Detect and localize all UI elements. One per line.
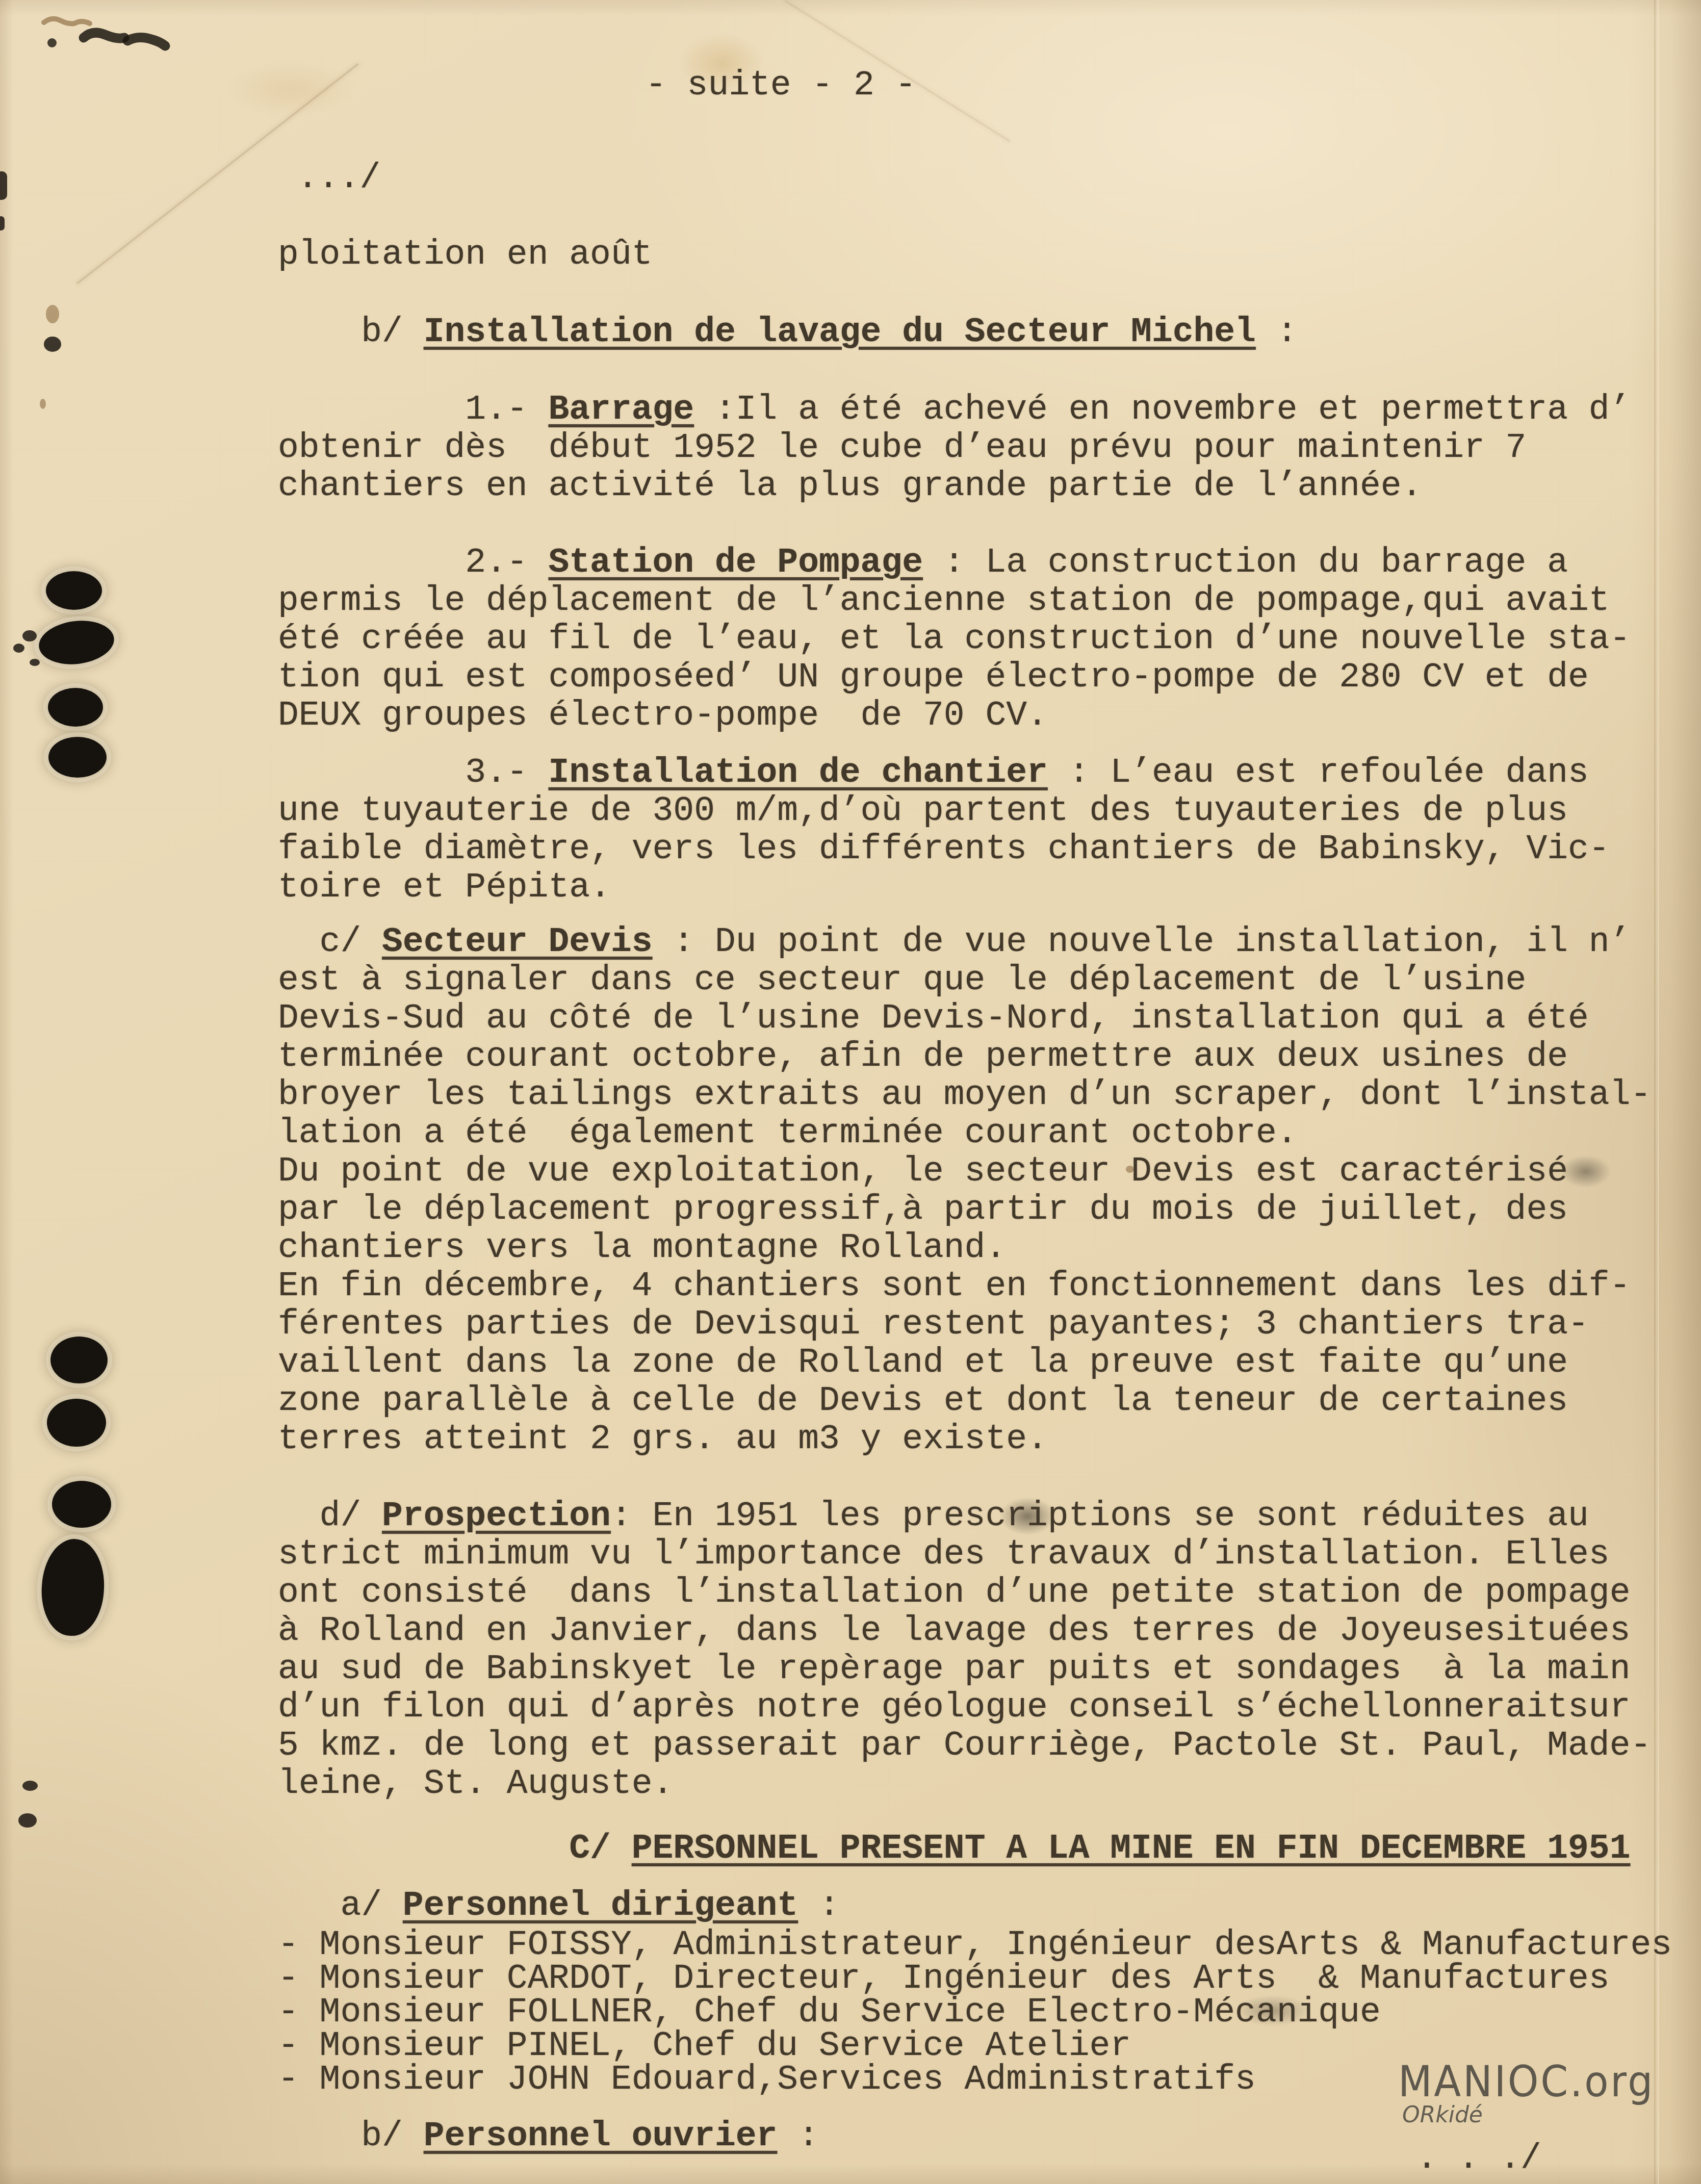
paper-speck (40, 399, 46, 409)
ink-blot (48, 737, 107, 778)
text-line: à Rolland en Janvier, dans le lavage des… (278, 1612, 1651, 1650)
subsection-b-heading: b/ Personnel ouvrier : (278, 2117, 819, 2155)
text-line: terminée courant octobre, afin de permet… (278, 1038, 1651, 1076)
section-c-heading: C/ PERSONNEL PRESENT A LA MINE EN FIN DE… (278, 1830, 1630, 1868)
line-text: 3.- (278, 753, 549, 792)
text-line: Devis-Sud au côté de l’usine Devis-Nord,… (278, 999, 1651, 1038)
subsection-a-heading: a/ Personnel dirigeant : (278, 1887, 840, 1925)
pen-scribble (37, 11, 190, 67)
text-line: Du point de vue exploitation, le secteur… (278, 1152, 1651, 1191)
line-text: C/ (278, 1829, 632, 1868)
text-line: b/ Personnel ouvrier : (278, 2117, 819, 2155)
list-item: - Monsieur FOISSY, Administrateur, Ingén… (278, 1929, 1672, 1962)
line-text: b/ (278, 2117, 424, 2156)
ink-speck (0, 171, 7, 200)
line-text: d/ (278, 1497, 382, 1536)
ink-blot (39, 1537, 107, 1637)
line-text: : La construction du barrage a (923, 543, 1568, 582)
underlined-text: Personnel dirigeant (403, 1886, 798, 1925)
text-line: toire et Pépita. (278, 868, 1610, 907)
ink-blot (47, 1399, 106, 1447)
section-b-heading: b/ Installation de lavage du Secteur Mic… (278, 313, 1298, 351)
text-line: strict minimum vu l’importance des trava… (278, 1535, 1651, 1574)
text-line: 5 kmz. de long et passerait par Courrièg… (278, 1727, 1651, 1765)
page-header-suite: - suite - 2 - (646, 66, 916, 105)
text-line: ont consisté dans l’installation d’une p… (278, 1574, 1651, 1612)
line-text: : (798, 1886, 840, 1925)
underlined-text: Station de Pompage (549, 543, 923, 582)
text-line: au sud de Babinskyet le repèrage par pui… (278, 1650, 1651, 1688)
text-line: 2.- Station de Pompage : La construction… (278, 544, 1630, 582)
text-line: par le déplacement progressif,à partir d… (278, 1191, 1651, 1229)
text-line: chantiers vers la montagne Rolland. (278, 1229, 1651, 1267)
ink-blot (36, 616, 116, 668)
ink-speck (18, 1813, 37, 1828)
manioc-watermark-subtitle: ORkidé (1402, 2104, 1483, 2126)
underlined-text: Installation de chantier (549, 753, 1048, 792)
paragraph-barrage: 1.- Barrage :Il a été achevé en novembre… (278, 391, 1630, 505)
paper-speck (46, 305, 59, 323)
text-line: obtenir dès début 1952 le cube d’eau pré… (278, 429, 1630, 467)
line-text: a/ (278, 1886, 403, 1925)
text-line: été créée au fil de l’eau, et la constru… (278, 620, 1630, 658)
underlined-text: Installation de lavage du Secteur Michel (424, 313, 1256, 352)
ink-speck (22, 1781, 38, 1791)
text-line: d’un filon qui d’après notre géologue co… (278, 1688, 1651, 1727)
text-line: 3.- Installation de chantier : L’eau est… (278, 754, 1610, 792)
text-line: permis le déplacement de l’ancienne stat… (278, 582, 1630, 620)
ink-splatter (22, 630, 37, 641)
text-line: terres atteint 2 grs. au m3 y existe. (278, 1420, 1651, 1458)
underlined-text: Personnel ouvrier (424, 2117, 778, 2156)
text-line: broyer les tailings extraits au moyen d’… (278, 1076, 1651, 1114)
manioc-watermark: MANIOC.org (1398, 2060, 1655, 2103)
line-text: 1.- (278, 390, 549, 429)
ink-blot (50, 1337, 108, 1383)
line-text: b/ (278, 313, 424, 352)
line-text: 2.- (278, 543, 549, 582)
text-line: férentes parties de Devisqui restent pay… (278, 1305, 1651, 1344)
line-text: : Du point de vue nouvelle installation,… (653, 922, 1631, 962)
ink-splatter (30, 659, 40, 666)
text-line: . . ./ (1416, 2140, 1541, 2178)
underlined-text: PERSONNEL PRESENT A LA MINE EN FIN DECEM… (632, 1829, 1631, 1868)
crease-highlight (1658, 0, 1659, 2184)
line-text: : L’eau est refoulée dans (1048, 753, 1589, 792)
text-line: tion qui est composéed’ UN groupe électr… (278, 658, 1630, 697)
underlined-text: Prospection (382, 1497, 611, 1536)
line-text: : (1256, 313, 1298, 352)
ink-blot (52, 1481, 111, 1528)
ink-splatter (13, 644, 24, 653)
text-line: vaillent dans la zone de Rolland et la p… (278, 1344, 1651, 1382)
ink-speck (0, 216, 5, 230)
text-line: leine, St. Auguste. (278, 1765, 1651, 1803)
text-line: En fin décembre, 4 chantiers sont en fon… (278, 1267, 1651, 1305)
paragraph-ploitation: ploitation en août (278, 236, 653, 274)
text-line: c/ Secteur Devis : Du point de vue nouve… (278, 923, 1651, 961)
ink-blot (48, 688, 103, 727)
continuation-marker-bottom: . . ./ (1416, 2140, 1541, 2178)
line-text: c/ (278, 922, 382, 962)
crease-line (1654, 0, 1656, 2184)
list-item: - Monsieur CARDOT, Directeur, Ingénieur … (278, 1962, 1672, 1996)
text-line: est à signaler dans ce secteur que le dé… (278, 961, 1651, 999)
ink-blot (46, 571, 102, 610)
text-line: lation a été également terminée courant … (278, 1114, 1651, 1152)
paragraph-installation-chantier: 3.- Installation de chantier : L’eau est… (278, 754, 1610, 907)
paper-stain (224, 61, 357, 117)
text-line: b/ Installation de lavage du Secteur Mic… (278, 313, 1298, 351)
text-line: .../ (297, 159, 380, 197)
underlined-text: Barrage (549, 390, 694, 429)
continuation-marker-top: .../ (297, 159, 380, 197)
text-line: C/ PERSONNEL PRESENT A LA MINE EN FIN DE… (278, 1830, 1630, 1868)
scanned-document-page: - suite - 2 - .../ ploitation en août b/… (0, 0, 1701, 2184)
paragraph-station-pompage: 2.- Station de Pompage : La construction… (278, 544, 1630, 735)
list-item: - Monsieur FOLLNER, Chef du Service Elec… (278, 1996, 1672, 2029)
text-line: 1.- Barrage :Il a été achevé en novembre… (278, 391, 1630, 429)
text-line: faible diamètre, vers les différents cha… (278, 830, 1610, 868)
text-line: chantiers en activité la plus grande par… (278, 467, 1630, 505)
paragraph-prospection: d/ Prospection: En 1951 les prescription… (278, 1497, 1651, 1803)
line-text: : En 1951 les prescriptions se sont rédu… (611, 1497, 1589, 1536)
underlined-text: Secteur Devis (382, 922, 653, 962)
line-text: : (777, 2117, 819, 2156)
text-line: d/ Prospection: En 1951 les prescription… (278, 1497, 1651, 1535)
line-text: :Il a été achevé en novembre et permettr… (694, 390, 1630, 429)
text-line: DEUX groupes électro-pompe de 70 CV. (278, 697, 1630, 735)
text-line: zone parallèle à celle de Devis et dont … (278, 1382, 1651, 1420)
text-line: a/ Personnel dirigeant : (278, 1887, 840, 1925)
text-line: ploitation en août (278, 236, 653, 274)
paragraph-secteur-devis: c/ Secteur Devis : Du point de vue nouve… (278, 923, 1651, 1458)
text-line: une tuyauterie de 300 m/m,d’où partent d… (278, 792, 1610, 830)
ink-speck (44, 337, 61, 352)
